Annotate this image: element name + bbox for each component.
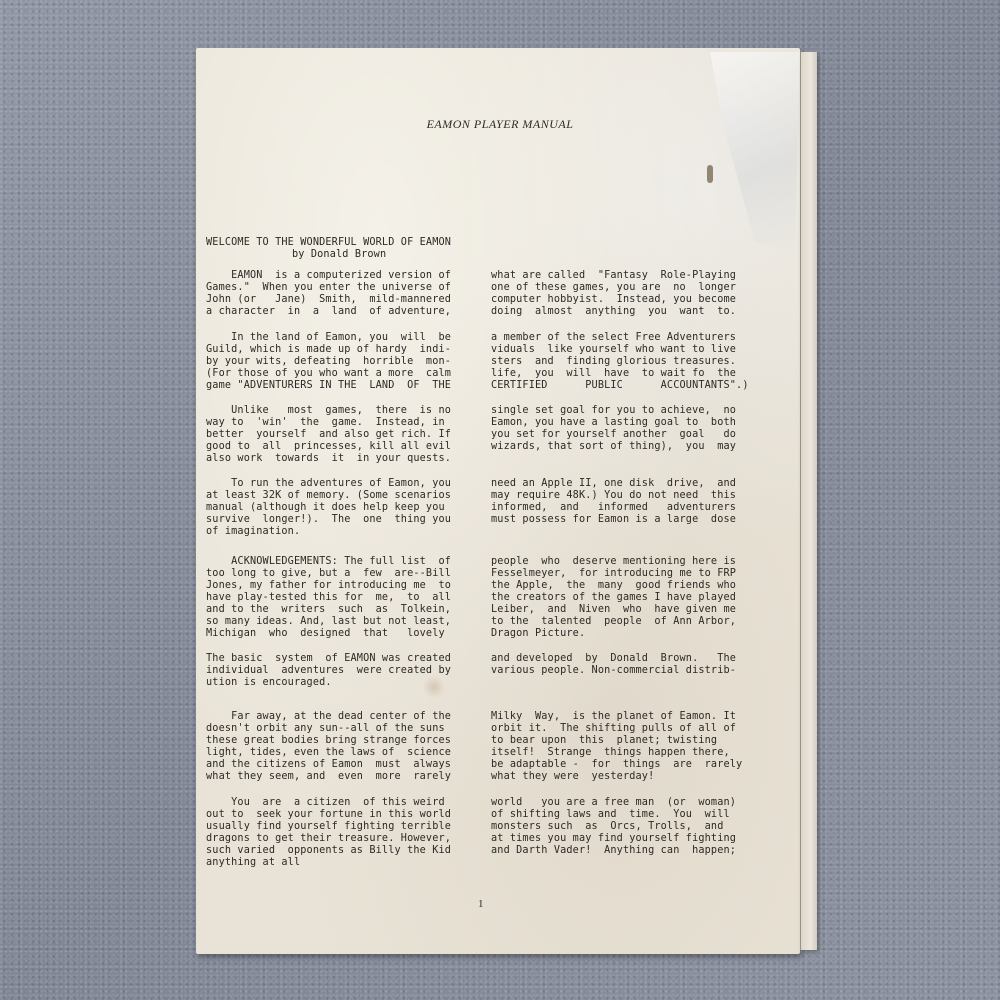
text-line-left: so many ideas. And, last but not least, bbox=[206, 616, 486, 628]
text-line-left: (For those of you who want a more calm bbox=[206, 368, 486, 380]
text-line-right: of shifting laws and time. You will bbox=[491, 809, 767, 821]
text-line-left: In the land of Eamon, you will be bbox=[206, 332, 486, 344]
text-line-right: at times you may find yourself fighting bbox=[491, 833, 767, 845]
text-line-right: the creators of the games I have played bbox=[491, 592, 767, 604]
text-line-right: a member of the select Free Adventurers bbox=[491, 332, 767, 344]
text-line-left: ACKNOWLEDGEMENTS: The full list of bbox=[206, 556, 486, 568]
text-line-left: EAMON is a computerized version of bbox=[206, 270, 486, 282]
text-line-right: informed, and informed adventurers bbox=[491, 502, 767, 514]
text-line-right: doing almost anything you want to. bbox=[491, 306, 767, 318]
text-line-left: what they seem, and even more rarely bbox=[206, 771, 486, 783]
text-line-right: to bear upon this planet; twisting bbox=[491, 735, 767, 747]
text-line-right: one of these games, you are no longer bbox=[491, 282, 767, 294]
text-line-left: at least 32K of memory. (Some scenarios bbox=[206, 490, 486, 502]
text-line-left: of imagination. bbox=[206, 526, 486, 538]
text-line-left: light, tides, even the laws of science bbox=[206, 747, 486, 759]
text-line-left: doesn't orbit any sun--all of the suns bbox=[206, 723, 486, 735]
text-line-left: good to all princesses, kill all evil bbox=[206, 441, 486, 453]
text-line-left: Far away, at the dead center of the bbox=[206, 711, 486, 723]
text-line-left: Jones, my father for introducing me to bbox=[206, 580, 486, 592]
text-line-right: computer hobbyist. Instead, you become bbox=[491, 294, 767, 306]
text-line-left: dragons to get their treasure. However, bbox=[206, 833, 486, 845]
text-line-left: You are a citizen of this weird bbox=[206, 797, 486, 809]
text-line-left: way to 'win' the game. Instead, in bbox=[206, 417, 486, 429]
text-line-left: game "ADVENTURERS IN THE LAND OF THE bbox=[206, 380, 486, 392]
text-line-right: various people. Non-commercial distrib- bbox=[491, 665, 767, 677]
text-line-right: Milky Way, is the planet of Eamon. It bbox=[491, 711, 767, 723]
text-line-right: and developed by Donald Brown. The bbox=[491, 653, 767, 665]
text-line-left: Unlike most games, there is no bbox=[206, 405, 486, 417]
article-title: WELCOME TO THE WONDERFUL WORLD OF EAMON bbox=[206, 237, 451, 249]
article-byline: by Donald Brown bbox=[292, 249, 386, 261]
text-line-left: also work towards it in your quests. bbox=[206, 453, 486, 465]
text-line-left: by your wits, defeating horrible mon- bbox=[206, 356, 486, 368]
page-number: 1 bbox=[478, 898, 484, 910]
text-line-left: out to seek your fortune in this world bbox=[206, 809, 486, 821]
text-line-left: manual (although it does help keep you bbox=[206, 502, 486, 514]
text-line-left: and the citizens of Eamon must always bbox=[206, 759, 486, 771]
text-line-left: survive longer!). The one thing you bbox=[206, 514, 486, 526]
text-line-left: a character in a land of adventure, bbox=[206, 306, 486, 318]
text-line-left: Michigan who designed that lovely bbox=[206, 628, 486, 640]
text-line-right: Leiber, and Niven who have given me bbox=[491, 604, 767, 616]
text-line-left: Games." When you enter the universe of bbox=[206, 282, 486, 294]
text-line-right: monsters such as Orcs, Trolls, and bbox=[491, 821, 767, 833]
text-line-left: Guild, which is made up of hardy indi- bbox=[206, 344, 486, 356]
text-line-right: people who deserve mentioning here is bbox=[491, 556, 767, 568]
text-line-right: and Darth Vader! Anything can happen; bbox=[491, 845, 767, 857]
text-line-right: need an Apple II, one disk drive, and bbox=[491, 478, 767, 490]
text-line-left: usually find yourself fighting terrible bbox=[206, 821, 486, 833]
text-line-right: life, you will have to wait fo the bbox=[491, 368, 767, 380]
text-line-left: John (or Jane) Smith, mild-mannered bbox=[206, 294, 486, 306]
text-line-right: Dragon Picture. bbox=[491, 628, 767, 640]
text-line-left: these great bodies bring strange forces bbox=[206, 735, 486, 747]
text-line-right: CERTIFIED PUBLIC ACCOUNTANTS".) bbox=[491, 380, 767, 392]
text-line-left: such varied opponents as Billy the Kid bbox=[206, 845, 486, 857]
text-line-right: be adaptable - for things are rarely bbox=[491, 759, 767, 771]
text-line-right: world you are a free man (or woman) bbox=[491, 797, 767, 809]
text-line-right: Eamon, you have a lasting goal to both bbox=[491, 417, 767, 429]
text-line-left: To run the adventures of Eamon, you bbox=[206, 478, 486, 490]
text-line-left: individual adventures were created by bbox=[206, 665, 486, 677]
text-line-right: the Apple, the many good friends who bbox=[491, 580, 767, 592]
manual-header-title: EAMON PLAYER MANUAL bbox=[0, 117, 1000, 132]
text-line-right: what are called "Fantasy Role-Playing bbox=[491, 270, 767, 282]
text-line-left: better yourself and also get rich. If bbox=[206, 429, 486, 441]
text-line-left: The basic system of EAMON was created bbox=[206, 653, 486, 665]
text-line-left: ution is encouraged. bbox=[206, 677, 486, 689]
page-edge-stack bbox=[800, 52, 817, 950]
text-line-right: viduals like yourself who want to live bbox=[491, 344, 767, 356]
text-line-right: Fesselmeyer, for introducing me to FRP bbox=[491, 568, 767, 580]
text-line-right: may require 48K.) You do not need this bbox=[491, 490, 767, 502]
text-line-left: too long to give, but a few are--Bill bbox=[206, 568, 486, 580]
text-line-right: what they were yesterday! bbox=[491, 771, 767, 783]
text-line-left: and to the writers such as Tolkein, bbox=[206, 604, 486, 616]
paper-tear-mark bbox=[707, 165, 713, 183]
text-line-right: to the talented people of Ann Arbor, bbox=[491, 616, 767, 628]
text-line-right: you set for yourself another goal do bbox=[491, 429, 767, 441]
text-line-right: orbit it. The shifting pulls of all of bbox=[491, 723, 767, 735]
text-line-right: wizards, that sort of thing), you may bbox=[491, 441, 767, 453]
text-line-right: sters and finding glorious treasures. bbox=[491, 356, 767, 368]
text-line-right: single set goal for you to achieve, no bbox=[491, 405, 767, 417]
text-line-right: itself! Strange things happen there, bbox=[491, 747, 767, 759]
text-line-right: must possess for Eamon is a large dose bbox=[491, 514, 767, 526]
text-line-left: anything at all bbox=[206, 857, 486, 869]
text-line-left: have play-tested this for me, to all bbox=[206, 592, 486, 604]
